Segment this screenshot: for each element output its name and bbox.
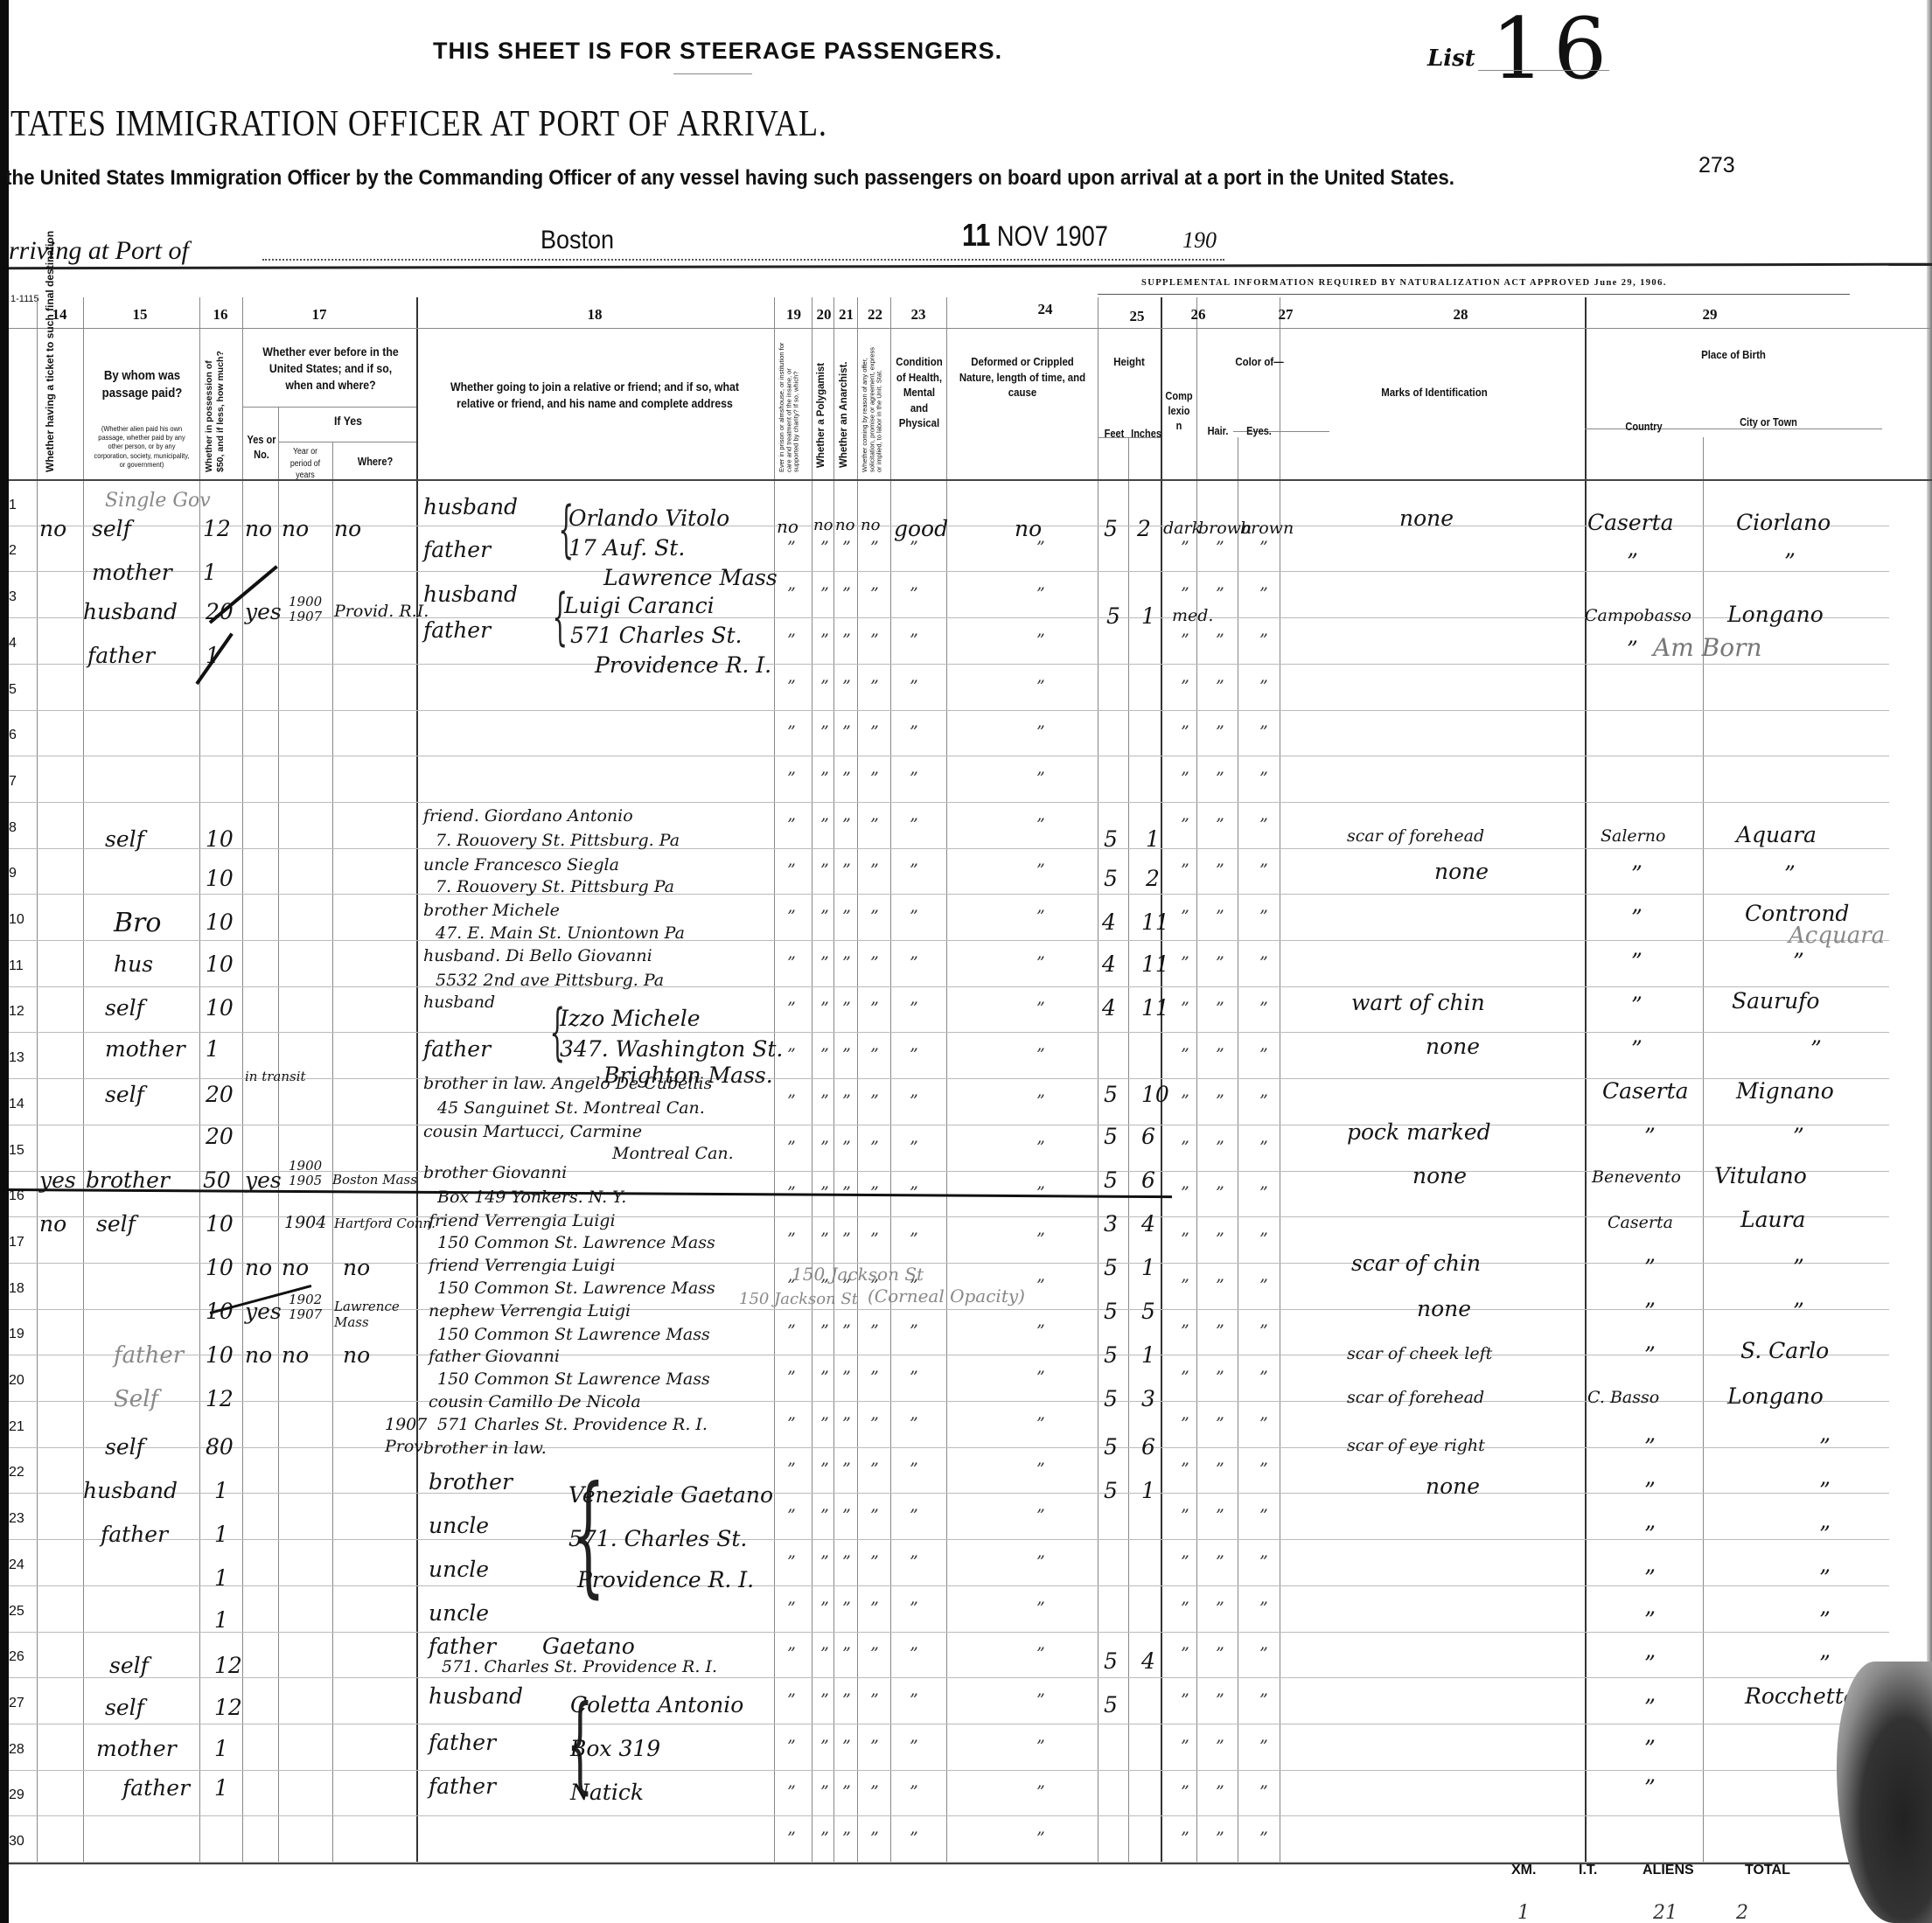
ditto-mark: ” xyxy=(1036,1552,1045,1571)
cell-city: Saurufo xyxy=(1732,988,1820,1014)
row-number: 29 xyxy=(9,1787,24,1803)
ditto-mark: ” xyxy=(910,1414,918,1433)
ditto-mark: ” xyxy=(1181,769,1189,788)
ditto-mark: ” xyxy=(910,1829,918,1848)
cell-inches: 6 xyxy=(1141,1124,1155,1149)
arriving-port-label: rriving at Port of xyxy=(9,236,189,266)
cell-country: ” xyxy=(1644,1565,1656,1591)
cell-paid: self xyxy=(105,826,144,852)
cell-paid-pencil: father xyxy=(114,1342,184,1369)
header-place-of-birth: Place of Birth xyxy=(1602,347,1864,363)
cell-relation: father xyxy=(429,1773,496,1799)
heading-rule xyxy=(673,73,752,74)
cell-marks: scar of eye right xyxy=(1347,1436,1485,1455)
cell-money: 20 xyxy=(206,1124,234,1149)
ditto-mark: ” xyxy=(820,860,829,880)
col-divider xyxy=(242,297,243,1863)
col-divider xyxy=(278,407,279,1863)
cell-feet: 5 xyxy=(1106,603,1120,629)
row-number: 17 xyxy=(9,1235,24,1251)
ditto-mark: ” xyxy=(1259,1091,1268,1111)
footer-label-aliens: ALIENS xyxy=(1643,1863,1694,1878)
col-divider xyxy=(199,297,200,1863)
cell-years: no xyxy=(282,1255,309,1280)
ditto-mark: ” xyxy=(1036,1782,1045,1801)
cell-money: 20 xyxy=(206,1082,234,1107)
cell-country: ” xyxy=(1627,549,1638,575)
ditto-mark: ” xyxy=(1216,953,1224,972)
cell-inches: 4 xyxy=(1141,1648,1155,1674)
ditto-mark: ” xyxy=(820,1414,829,1433)
ditto-mark: ” xyxy=(1259,584,1268,603)
cell-relation: father xyxy=(429,1634,496,1659)
ditto-mark: ” xyxy=(1181,1644,1189,1663)
ditto-mark: ” xyxy=(820,1460,829,1479)
ditto-mark: ” xyxy=(870,1045,879,1064)
ditto-mark: ” xyxy=(1259,1506,1268,1525)
cell-relation: father xyxy=(429,1730,496,1755)
cell-money: 10 xyxy=(206,909,234,935)
cell-country: ” xyxy=(1644,1651,1656,1676)
ditto-mark: ” xyxy=(787,1644,796,1663)
ditto-mark: ” xyxy=(787,907,796,926)
col-divider xyxy=(1098,297,1099,1863)
port-name: Boston xyxy=(541,226,614,255)
ditto-mark: ” xyxy=(1259,1599,1268,1618)
row-number: 4 xyxy=(9,636,17,651)
ditto-mark: ” xyxy=(842,1644,851,1663)
ditto-mark: ” xyxy=(1259,769,1268,788)
cell-paid: self xyxy=(105,1082,144,1107)
cell-money: 12 xyxy=(214,1653,242,1678)
address-line: 571 Charles St. xyxy=(570,623,742,648)
ditto-mark: ” xyxy=(1181,1321,1189,1341)
pencil-annotation: Single Gov xyxy=(105,490,211,512)
cell-city: Longano xyxy=(1727,602,1824,627)
address-line: 571 Charles St. Providence R. I. xyxy=(437,1415,708,1434)
cell-money: 1 xyxy=(214,1478,228,1503)
cell-before: yes xyxy=(245,1167,282,1193)
header-marks: Marks of Identification xyxy=(1303,385,1565,401)
cell-country: Benevento xyxy=(1592,1167,1681,1187)
ditto-mark: ” xyxy=(787,1506,796,1525)
ditto-mark: ” xyxy=(820,1045,829,1064)
ditto-mark: ” xyxy=(1036,631,1045,650)
ditto-mark: ” xyxy=(820,631,829,650)
cell-where: no xyxy=(334,516,361,541)
ditto-mark: ” xyxy=(1036,815,1045,834)
cell-where: Prov xyxy=(385,1437,423,1456)
cell-country: ” xyxy=(1644,1255,1656,1280)
header-ever-before: Whether ever before in the United States… xyxy=(255,344,406,394)
strike-mark xyxy=(195,633,233,686)
header-health: Condition of Health, Mental and Physical xyxy=(896,354,944,431)
ditto-mark: ” xyxy=(1259,953,1268,972)
col-divider xyxy=(833,297,834,1863)
cell-city: ” xyxy=(1793,1255,1804,1280)
ditto-mark: ” xyxy=(1181,538,1189,557)
cell-complexion: med. xyxy=(1172,606,1213,625)
ditto-mark: ” xyxy=(842,1506,851,1525)
ditto-mark: ” xyxy=(870,1460,879,1479)
ditto-mark: ” xyxy=(1036,1414,1045,1433)
cell-paid: self xyxy=(92,516,131,541)
ditto-mark: ” xyxy=(910,1321,918,1341)
row-number: 3 xyxy=(9,589,17,605)
cell-feet: 5 xyxy=(1104,1692,1118,1717)
form-code: 1-1115 xyxy=(10,294,39,304)
supplemental-rule xyxy=(1098,294,1850,295)
ditto-mark: ” xyxy=(1259,677,1268,696)
ditto-mark: ” xyxy=(1181,631,1189,650)
ditto-mark: ” xyxy=(1216,677,1224,696)
ditto-mark: ” xyxy=(820,999,829,1018)
ditto-mark: ” xyxy=(1036,769,1045,788)
cell-paid: self xyxy=(105,1434,144,1460)
ditto-mark: ” xyxy=(910,584,918,603)
ditto-mark: ” xyxy=(1181,677,1189,696)
cell-relation: uncle xyxy=(429,1557,489,1582)
address-line: Montreal Can. xyxy=(612,1144,734,1163)
ditto-mark: ” xyxy=(1181,1460,1189,1479)
cell-city: Ciorlano xyxy=(1736,510,1831,535)
ditto-mark: ” xyxy=(1181,1368,1189,1387)
ditto-mark: ” xyxy=(870,1091,879,1111)
ditto-mark: ” xyxy=(842,1690,851,1710)
scan-border-right xyxy=(1927,0,1932,1923)
ditto-mark: ” xyxy=(910,1368,918,1387)
row-number: 10 xyxy=(9,912,24,928)
cell-marks: wart of chin xyxy=(1351,990,1485,1015)
ditto-mark: ” xyxy=(787,722,796,742)
address-line: cousin Camillo De Nicola xyxy=(429,1392,641,1411)
header-anarchist: Whether an Anarchist. xyxy=(838,345,850,468)
cell-paid: father xyxy=(122,1775,190,1801)
cell-country: ” xyxy=(1644,1736,1656,1761)
cell-inches: 1 xyxy=(1141,1478,1155,1503)
ditto-mark: ” xyxy=(820,769,829,788)
ditto-mark: ” xyxy=(910,1599,918,1618)
cell-relation: father xyxy=(423,537,491,562)
cell-city-pencil-note: Acquara xyxy=(1789,923,1885,949)
cell-labor: no xyxy=(861,516,880,534)
cell-years: no xyxy=(282,1342,309,1368)
ditto-mark: ” xyxy=(1259,1460,1268,1479)
ditto-mark: ” xyxy=(1036,722,1045,742)
ditto-mark: ” xyxy=(842,677,851,696)
ditto-mark: ” xyxy=(910,815,918,834)
cell-eyes: brown xyxy=(1240,519,1294,538)
header-eyes: Eyes. xyxy=(1241,424,1277,439)
cell-marks: none xyxy=(1426,1474,1480,1499)
ditto-mark: ” xyxy=(1259,1138,1268,1157)
cell-city: ” xyxy=(1793,949,1804,974)
ditto-mark: ” xyxy=(1216,1460,1224,1479)
ditto-mark: ” xyxy=(842,1782,851,1801)
ditto-mark: ” xyxy=(787,677,796,696)
ditto-mark: ” xyxy=(1216,1829,1224,1848)
address-line: brother Giovanni xyxy=(423,1163,567,1182)
cell-country: ” xyxy=(1631,905,1643,930)
footer-label-total: TOTAL xyxy=(1745,1863,1790,1878)
ditto-mark: ” xyxy=(820,1690,829,1710)
ditto-mark: ” xyxy=(1181,1506,1189,1525)
ditto-mark: ” xyxy=(842,860,851,880)
row-line xyxy=(9,1815,1889,1816)
document-title: TATES IMMIGRATION OFFICER AT PORT OF ARR… xyxy=(10,103,827,145)
address-line: friend Verrengia Luigi xyxy=(429,1211,616,1230)
address-line: 571. Charles St. Providence R. I. xyxy=(442,1657,717,1676)
scan-border-left xyxy=(0,0,9,1923)
cell-years: 1902 1907 xyxy=(289,1292,328,1321)
ditto-mark: ” xyxy=(820,1368,829,1387)
pencil-annotation: 150 Jackson St xyxy=(739,1290,858,1308)
pencil-annotation: 150 Jackson St xyxy=(792,1264,924,1285)
cell-years: 1900 1905 xyxy=(289,1159,328,1188)
pencil-annotation: (Corneal Opacity) xyxy=(868,1285,1025,1306)
ditto-mark: ” xyxy=(787,1829,796,1848)
ditto-mark: ” xyxy=(1259,1321,1268,1341)
cell-marks: none xyxy=(1399,505,1454,531)
cell-city: Laura xyxy=(1740,1207,1805,1232)
sub-rule xyxy=(278,442,416,442)
address-line: 150 Common St. Lawrence Mass xyxy=(437,1279,715,1298)
cell-inches: 1 xyxy=(1146,826,1160,852)
cell-before: no xyxy=(245,1255,272,1280)
supplemental-note: SUPPLEMENTAL INFORMATION REQUIRED BY NAT… xyxy=(1141,278,1667,288)
row-number: 7 xyxy=(9,774,17,790)
cell-relation: husband xyxy=(429,1683,523,1709)
address-line: Providence R. I. xyxy=(595,652,771,678)
ditto-mark: ” xyxy=(1181,1183,1189,1202)
ditto-mark: ” xyxy=(787,1552,796,1571)
ditto-mark: ” xyxy=(1181,1091,1189,1111)
ditto-mark: ” xyxy=(1181,1599,1189,1618)
ditto-mark: ” xyxy=(1259,631,1268,650)
header-inches: Inches xyxy=(1131,427,1159,442)
ditto-mark: ” xyxy=(910,1737,918,1756)
header-city: City or Town xyxy=(1711,415,1826,430)
col-num-17: 17 xyxy=(302,306,337,324)
ditto-mark: ” xyxy=(1036,1644,1045,1663)
ditto-mark: ” xyxy=(1036,1183,1045,1202)
cell-feet: 5 xyxy=(1104,1648,1118,1674)
col-num-24: 24 xyxy=(1028,301,1063,318)
ditto-mark: ” xyxy=(1181,953,1189,972)
address-line: 150 Common St Lawrence Mass xyxy=(437,1325,710,1344)
footer-label-xm: XM. xyxy=(1511,1863,1536,1878)
ditto-mark: ” xyxy=(1216,1230,1224,1249)
cell-years: 1900 1907 xyxy=(289,595,328,624)
cell-paid-pencil: Self xyxy=(114,1386,158,1412)
ditto-mark: ” xyxy=(910,677,918,696)
cell-paid: mother xyxy=(96,1736,177,1761)
cell-polygamist: no xyxy=(813,516,833,534)
footer-value-xm: 1 xyxy=(1517,1902,1530,1923)
cell-city: ” xyxy=(1784,861,1796,887)
ditto-mark: ” xyxy=(787,584,796,603)
cell-marks: scar of chin xyxy=(1351,1251,1481,1276)
cell-ticket: no xyxy=(39,516,66,541)
ditto-mark: ” xyxy=(1259,1552,1268,1571)
ditto-mark: ” xyxy=(787,1460,796,1479)
address-line: friend Verrengia Luigi xyxy=(429,1256,616,1275)
address-line: brother in law. Angelo De Cubellis xyxy=(423,1074,712,1093)
ditto-mark: ” xyxy=(820,677,829,696)
list-number: 16 xyxy=(1491,7,1615,91)
row-number: 22 xyxy=(9,1465,24,1481)
ditto-mark: ” xyxy=(820,1644,829,1663)
ditto-mark: ” xyxy=(787,1321,796,1341)
ditto-mark: ” xyxy=(820,722,829,742)
ditto-mark: ” xyxy=(870,1599,879,1618)
ditto-mark: ” xyxy=(1036,1829,1045,1848)
cell-city: Aquara xyxy=(1736,822,1817,847)
cell-money: 1 xyxy=(203,560,217,585)
col-num-29: 29 xyxy=(1692,306,1727,324)
ditto-mark: ” xyxy=(870,860,879,880)
sheet-number: 273 xyxy=(1698,153,1735,178)
col-num-23: 23 xyxy=(901,306,936,324)
cell-marks: pock marked xyxy=(1347,1119,1491,1145)
cell-money: 10 xyxy=(206,995,234,1021)
col-num-27: 27 xyxy=(1268,306,1303,324)
ditto-mark: ” xyxy=(870,1782,879,1801)
col-divider xyxy=(1161,297,1162,1863)
address-line: Lawrence Mass xyxy=(603,565,778,590)
footer-value-aliens: 21 xyxy=(1653,1902,1677,1923)
cell-feet: 5 xyxy=(1104,1167,1118,1193)
ditto-mark: ” xyxy=(870,1737,879,1756)
cell-money: 1 xyxy=(214,1775,228,1801)
address-line: 347. Washington St. xyxy=(560,1036,783,1062)
col-num-22: 22 xyxy=(860,306,890,324)
ditto-mark: ” xyxy=(1216,1644,1224,1663)
header-passage-note: (Whether alien paid his own passage, whe… xyxy=(93,424,192,469)
year-suffix: 190 xyxy=(1182,227,1217,254)
cell-feet: 4 xyxy=(1102,995,1116,1021)
ditto-mark: ” xyxy=(910,1091,918,1111)
row-number: 2 xyxy=(9,543,17,559)
ditto-mark: ” xyxy=(870,1230,879,1249)
ditto-mark: ” xyxy=(870,999,879,1018)
ditto-mark: ” xyxy=(1216,584,1224,603)
row-line xyxy=(9,571,1889,572)
cell-ticket: yes xyxy=(39,1167,76,1193)
cell-complexion: dark xyxy=(1163,519,1202,538)
col-num-20: 20 xyxy=(815,306,833,324)
ditto-mark: ” xyxy=(842,1321,851,1341)
ditto-mark: ” xyxy=(1216,1690,1224,1710)
ditto-mark: ” xyxy=(1259,1414,1268,1433)
row-number: 20 xyxy=(9,1373,24,1389)
col-num-16: 16 xyxy=(203,306,238,324)
header-ticket: Whether having a ticket to such final de… xyxy=(44,341,57,472)
ditto-mark: ” xyxy=(820,1506,829,1525)
ditto-mark: ” xyxy=(1036,1321,1045,1341)
ditto-mark: ” xyxy=(1259,907,1268,926)
cell-inches: 6 xyxy=(1141,1434,1155,1460)
ditto-mark: ” xyxy=(820,1737,829,1756)
ditto-mark: ” xyxy=(842,907,851,926)
row-line xyxy=(9,1770,1889,1771)
ditto-mark: ” xyxy=(842,769,851,788)
ditto-mark: ” xyxy=(1259,1782,1268,1801)
sheet-type-heading: THIS SHEET IS FOR STEERAGE PASSENGERS. xyxy=(433,38,1002,65)
ditto-mark: ” xyxy=(1259,1183,1268,1202)
ditto-mark: ” xyxy=(1259,1368,1268,1387)
ditto-mark: ” xyxy=(820,1782,829,1801)
cell-feet: 5 xyxy=(1104,516,1118,541)
ditto-mark: ” xyxy=(910,722,918,742)
ditto-mark: ” xyxy=(820,538,829,557)
cell-country: Caserta xyxy=(1587,510,1674,535)
header-passage-paid: By whom was passage paid? xyxy=(94,367,191,403)
ditto-mark: ” xyxy=(910,1782,918,1801)
address-line: 7. Rouovery St. Pittsburg. Pa xyxy=(436,831,680,850)
ditto-mark: ” xyxy=(870,1506,879,1525)
row-number: 18 xyxy=(9,1281,24,1297)
header-complexion: Complexion xyxy=(1165,389,1193,434)
ditto-mark: ” xyxy=(820,1829,829,1848)
ditto-mark: ” xyxy=(820,1599,829,1618)
ditto-mark: ” xyxy=(1036,999,1045,1018)
row-number: 25 xyxy=(9,1604,24,1620)
ditto-mark: ” xyxy=(1036,1368,1045,1387)
ditto-mark: ” xyxy=(842,1414,851,1433)
row-number: 23 xyxy=(9,1511,24,1527)
cell-city: ” xyxy=(1819,1434,1831,1460)
row-line xyxy=(9,986,1889,987)
ditto-mark: ” xyxy=(1216,1138,1224,1157)
cell-feet: 4 xyxy=(1102,909,1116,935)
cell-marks: none xyxy=(1426,1034,1480,1059)
ditto-mark: ” xyxy=(870,1138,879,1157)
ditto-mark: ” xyxy=(910,769,918,788)
cell-paid: mother xyxy=(105,1036,185,1062)
cell-money: 10 xyxy=(206,1342,234,1368)
date-day: 11 xyxy=(962,217,990,253)
cell-country: ” xyxy=(1631,993,1643,1018)
ditto-mark: ” xyxy=(870,722,879,742)
ditto-mark: ” xyxy=(787,1045,796,1064)
cell-feet: 5 xyxy=(1104,1434,1118,1460)
cell-city: ” xyxy=(1819,1478,1831,1503)
ditto-mark: ” xyxy=(1036,1599,1045,1618)
address-line: nephew Verrengia Luigi xyxy=(429,1301,631,1320)
ditto-mark: ” xyxy=(870,1368,879,1387)
ditto-mark: ” xyxy=(1036,953,1045,972)
ditto-mark: ” xyxy=(1036,677,1045,696)
cell-where: Provid. R.I. xyxy=(334,602,429,621)
address-line: Izzo Michele xyxy=(560,1006,701,1031)
ditto-mark: ” xyxy=(1036,1276,1045,1295)
address-line: cousin Martucci, Carmine xyxy=(423,1122,642,1141)
col-num-25: 25 xyxy=(1119,308,1154,325)
ditto-mark: ” xyxy=(820,584,829,603)
cell-country: ” xyxy=(1644,1478,1656,1503)
header-height: Height xyxy=(1101,354,1156,370)
cell-paid: self xyxy=(96,1211,136,1237)
ditto-mark: ” xyxy=(820,907,829,926)
cell-before: yes xyxy=(245,1299,282,1324)
ditto-mark: ” xyxy=(1181,1737,1189,1756)
col-num-21: 21 xyxy=(835,306,857,324)
cell-money: 10 xyxy=(206,1255,234,1280)
cell-country: C. Basso xyxy=(1587,1388,1659,1407)
ditto-mark: ” xyxy=(1036,1091,1045,1111)
ditto-mark: ” xyxy=(870,1321,879,1341)
